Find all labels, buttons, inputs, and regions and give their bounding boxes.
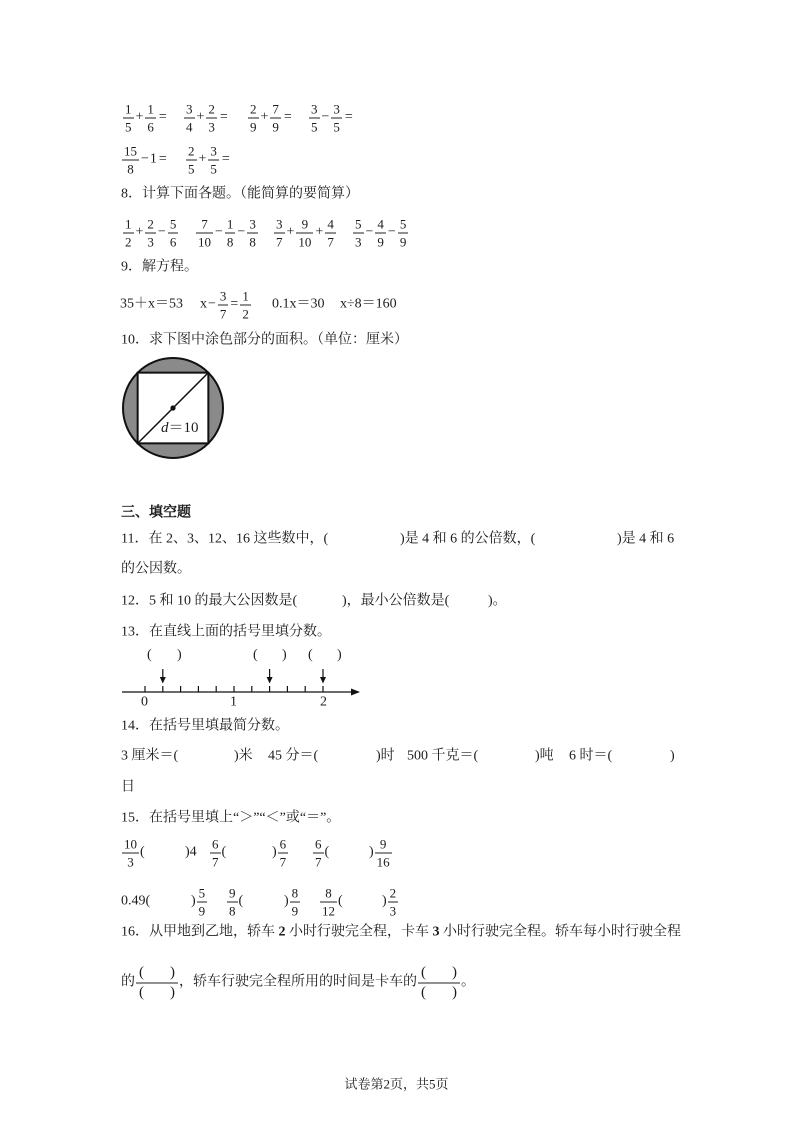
numerator: 5: [353, 218, 364, 233]
operator: −: [236, 225, 246, 242]
blank-fraction: () (): [136, 966, 178, 1001]
numerator: 8: [290, 887, 301, 902]
calc-item: 158 − 1 =: [121, 145, 167, 176]
numerator: 3: [184, 103, 195, 118]
compare-left: 0.49 (: [121, 894, 150, 911]
paren-open: (: [140, 845, 145, 862]
fraction: 12: [240, 290, 251, 321]
fraction: 89: [290, 887, 301, 918]
fraction: 98: [227, 887, 238, 918]
denominator: 3: [125, 854, 136, 869]
numerator: 1: [145, 103, 156, 118]
q12-text-1: 12．5 和 10 的最大公因数是(: [121, 594, 297, 611]
center-dot: [170, 405, 175, 410]
equation-2: x − 37 = 12: [200, 290, 252, 321]
operator: −: [157, 225, 167, 242]
numerator: 7: [270, 103, 281, 118]
q14-item-pre: 6 时＝(: [569, 749, 612, 766]
paren-close: ): [191, 894, 196, 911]
calc-item: 35 − 35 =: [308, 103, 353, 134]
fraction: 34: [184, 103, 195, 134]
fraction: 35: [208, 145, 219, 176]
q8-item: 12 + 23 − 56: [122, 218, 179, 249]
q8-title: 8．计算下面各题。（能简算的要简算）: [121, 187, 359, 204]
numerator: 1: [123, 103, 134, 118]
tick-label-2: 2: [320, 695, 327, 712]
denominator: 3: [206, 119, 217, 134]
numerator: 15: [122, 145, 139, 160]
q14-item-pre: 500 千克＝(: [407, 749, 478, 766]
denominator: 7: [325, 234, 336, 249]
numerator: 5: [168, 218, 179, 233]
q16-text: 16．从甲地到乙地，轿车: [121, 925, 279, 940]
paren-close: ): [272, 845, 277, 862]
fraction: 67: [210, 838, 221, 869]
compare-right: ) 916: [369, 838, 393, 869]
denominator: 5: [208, 161, 219, 176]
equals-sign: =: [343, 110, 353, 127]
denominator: 7: [274, 234, 285, 249]
q14-item-post: )吨: [535, 749, 554, 766]
paren-open: (: [421, 966, 426, 981]
denominator: 7: [278, 854, 289, 869]
paren-open: (: [325, 845, 330, 862]
denominator: 8: [227, 903, 238, 918]
calc-item: 34 + 23 =: [183, 103, 228, 134]
down-arrow-icon: [160, 669, 166, 684]
blank-numerator: (): [136, 966, 178, 981]
paren-close: ): [170, 966, 175, 981]
q8-item: 710 − 18 − 38: [195, 218, 259, 249]
numerator: 3: [331, 103, 342, 118]
equals-sign: =: [157, 152, 167, 169]
q14-item-post: ): [670, 749, 675, 766]
q11-text-2: )是 4 和 6 的公倍数，(: [400, 532, 535, 549]
q16-text: 。: [461, 975, 475, 992]
equals-sign: =: [220, 152, 230, 169]
fraction: 158: [122, 145, 139, 176]
denominator: 2: [123, 234, 134, 249]
number-line: [120, 645, 365, 715]
fraction: 29: [248, 103, 259, 134]
compare-left: 67 (: [312, 838, 329, 869]
denominator: 5: [186, 161, 197, 176]
paren-open: (: [139, 986, 144, 1001]
operator: −: [214, 225, 224, 242]
numerator: 8: [323, 887, 334, 902]
fraction: 23: [206, 103, 217, 134]
denominator: 16: [375, 854, 392, 869]
fraction: 25: [186, 145, 197, 176]
numerator: 3: [247, 218, 258, 233]
equation-1: 35＋x＝53: [120, 297, 183, 314]
integer-value: 4: [190, 845, 197, 862]
numerator: 2: [388, 887, 399, 902]
variable: x: [200, 297, 207, 314]
numerator: 9: [227, 887, 238, 902]
numerator: 10: [122, 838, 139, 853]
numerator: 5: [197, 887, 208, 902]
denominator: 6: [145, 119, 156, 134]
denominator: 10: [296, 234, 313, 249]
paren-close: ): [369, 845, 374, 862]
numerator: 6: [278, 838, 289, 853]
denominator: 7: [210, 854, 221, 869]
numerator: 2: [145, 218, 156, 233]
compare-left: 812 (: [319, 887, 343, 918]
fraction: 49: [375, 218, 386, 249]
numerator: 9: [300, 218, 311, 233]
operator: +: [198, 152, 208, 169]
q16-text: 的: [121, 975, 135, 992]
fraction: 53: [353, 218, 364, 249]
numerator: 6: [313, 838, 324, 853]
q14-item-pre: 45 分＝(: [268, 749, 318, 766]
paren-open: (: [338, 894, 343, 911]
axis-arrowhead-icon: [351, 689, 360, 696]
page-footer: 试卷第2页，共5页: [0, 1074, 793, 1093]
q14-title: 14．在括号里填最简分数。: [121, 719, 289, 736]
fraction-bar: [418, 983, 460, 984]
q16-text: ，轿车行驶完全程所用的时间是卡车的: [179, 975, 417, 992]
denominator: 8: [225, 234, 236, 249]
down-arrow-icon: [320, 669, 326, 684]
denominator: 9: [197, 903, 208, 918]
denominator: 3: [388, 903, 399, 918]
denominator: 9: [248, 119, 259, 134]
operator: −: [365, 225, 375, 242]
q14-item-post: )米: [234, 749, 253, 766]
fraction: 812: [320, 887, 337, 918]
paren-open: (: [139, 966, 144, 981]
numerator: 6: [210, 838, 221, 853]
numerator: 2: [186, 145, 197, 160]
operator: +: [135, 225, 145, 242]
fraction: 916: [375, 838, 392, 869]
fraction-bar: [136, 983, 178, 984]
fraction: 12: [123, 218, 134, 249]
fraction: 56: [168, 218, 179, 249]
paren-close: ): [382, 894, 387, 911]
q8-item: 37 + 910 + 47: [273, 218, 337, 249]
q15-title: 15．在括号里填上“＞”“＜”或“＝”。: [121, 811, 340, 828]
denominator: 4: [184, 119, 195, 134]
q16-text: 小时行驶完全程，卡车: [286, 925, 433, 940]
fraction: 23: [145, 218, 156, 249]
compare-right: ) 89: [284, 887, 301, 918]
fraction: 67: [313, 838, 324, 869]
compare-right: ) 59: [191, 887, 208, 918]
paren-close: ): [452, 966, 457, 981]
diameter-variable: d: [161, 420, 169, 436]
numerator: 7: [199, 218, 210, 233]
denominator: 9: [398, 234, 409, 249]
blank-denominator: (): [136, 986, 178, 1001]
numerator: 9: [378, 838, 389, 853]
operator: +: [314, 225, 324, 242]
q16-text: 小时行驶完全程。轿车每小时行驶全程: [440, 925, 682, 940]
fraction: 38: [247, 218, 258, 249]
numerator: 3: [274, 218, 285, 233]
diameter-label: d＝10: [161, 419, 199, 437]
denominator: 6: [168, 234, 179, 249]
fraction: 18: [225, 218, 236, 249]
numerator: 2: [248, 103, 259, 118]
fraction: 910: [296, 218, 313, 249]
q12-text-2: )，最小公倍数是(: [342, 594, 449, 611]
fraction: 67: [278, 838, 289, 869]
numerator: 4: [375, 218, 386, 233]
operator: +: [196, 110, 206, 127]
decimal-value: 0.49: [121, 894, 146, 911]
operator: −: [321, 110, 331, 127]
circle-square-figure: [121, 356, 225, 460]
compare-left: 67 (: [209, 838, 226, 869]
tick-marks: [145, 686, 323, 692]
down-arrow-icon: [267, 669, 273, 684]
blank-fraction: () (): [418, 966, 460, 1001]
q16-number: 2: [279, 925, 286, 940]
compare-left: 103 (: [121, 838, 145, 869]
blank-numerator: (): [418, 966, 460, 981]
denominator: 8: [247, 234, 258, 249]
fraction: 23: [388, 887, 399, 918]
compare-right: ) 23: [382, 887, 399, 918]
numerator: 1: [225, 218, 236, 233]
operator: +: [135, 110, 145, 127]
numerator: 2: [206, 103, 217, 118]
operator: −: [140, 152, 150, 169]
fraction: 59: [398, 218, 409, 249]
fraction: 37: [218, 290, 229, 321]
numerator: 3: [218, 290, 229, 305]
blank-denominator: (): [418, 986, 460, 1001]
denominator: 2: [240, 306, 251, 321]
integer-operand: 1: [150, 152, 157, 169]
denominator: 3: [353, 234, 364, 249]
calc-item: 25 + 35 =: [185, 145, 230, 176]
numerator: 1: [123, 218, 134, 233]
fraction: 79: [270, 103, 281, 134]
denominator: 9: [270, 119, 281, 134]
equals-sign: =: [282, 110, 292, 127]
paren-open: (: [239, 894, 244, 911]
numerator: 3: [208, 145, 219, 160]
fraction: 16: [145, 103, 156, 134]
calc-item: 29 + 79 =: [247, 103, 292, 134]
fraction: 59: [197, 887, 208, 918]
denominator: 7: [218, 306, 229, 321]
paren-open: (: [421, 986, 426, 1001]
numerator: 5: [398, 218, 409, 233]
denominator: 7: [313, 854, 324, 869]
paren-close: ): [284, 894, 289, 911]
fraction: 103: [122, 838, 139, 869]
operator: −: [207, 297, 217, 314]
fraction: 710: [196, 218, 213, 249]
q12-text-3: )。: [488, 594, 507, 611]
fraction: 47: [325, 218, 336, 249]
paren-close: ): [452, 986, 457, 1001]
operator: +: [260, 110, 270, 127]
calc-item: 15 + 16 =: [122, 103, 167, 134]
tick-label-1: 1: [230, 695, 237, 712]
q16-line-1: 16．从甲地到乙地，轿车 2 小时行驶完全程，卡车 3 小时行驶完全程。轿车每小…: [121, 925, 681, 942]
fraction: 37: [274, 218, 285, 249]
fraction: 15: [123, 103, 134, 134]
denominator: 9: [290, 903, 301, 918]
compare-right: ) 67: [272, 838, 289, 869]
q14-item-pre: 3 厘米＝(: [121, 749, 178, 766]
denominator: 8: [125, 161, 136, 176]
q16-number: 3: [433, 925, 440, 940]
paren-open: (: [146, 894, 151, 911]
equation-3: 0.1x＝30: [272, 297, 325, 314]
denominator: 9: [375, 234, 386, 249]
q10-title: 10．求下图中涂色部分的面积。（单位：厘米）: [121, 333, 408, 350]
denominator: 10: [196, 234, 213, 249]
denominator: 5: [309, 119, 320, 134]
equation-4: x÷8＝160: [340, 297, 397, 314]
numerator: 1: [240, 290, 251, 305]
fraction: 35: [309, 103, 320, 134]
denominator: 3: [145, 234, 156, 249]
compare-left: 98 (: [226, 887, 243, 918]
operator: +: [286, 225, 296, 242]
section-title: 三、填空题: [121, 506, 191, 523]
equals-sign: =: [157, 110, 167, 127]
denominator: 5: [331, 119, 342, 134]
q16-line-2: 的 () () ，轿车行驶完全程所用的时间是卡车的 () () 。: [121, 966, 475, 1001]
q8-item: 53 − 49 − 59: [352, 218, 409, 249]
q11-text-3: )是 4 和 6: [617, 532, 674, 549]
tick-label-0: 0: [141, 695, 148, 712]
paren-close: ): [170, 986, 175, 1001]
denominator: 5: [123, 119, 134, 134]
equals-sign: =: [229, 297, 239, 314]
equals-sign: =: [218, 110, 228, 127]
numerator: 3: [309, 103, 320, 118]
q14-item-post: )时: [376, 749, 395, 766]
denominator: 12: [320, 903, 337, 918]
operator: −: [387, 225, 397, 242]
numerator: 4: [325, 218, 336, 233]
q11-text-1: 11．在 2、3、12、16 这些数中，(: [121, 532, 328, 549]
compare-right: ) 4: [185, 845, 197, 862]
q13-title: 13．在直线上面的括号里填分数。: [121, 625, 331, 642]
exam-page: 15 + 16 = 34 + 23 = 29 + 79 = 35 − 35 = …: [0, 0, 793, 1122]
q9-title: 9．解方程。: [121, 260, 198, 277]
q14-wrap-text: 日: [121, 780, 135, 797]
q11-text-4: 的公因数。: [121, 562, 191, 579]
diameter-value: ＝10: [169, 420, 199, 436]
paren-open: (: [222, 845, 227, 862]
fraction: 35: [331, 103, 342, 134]
